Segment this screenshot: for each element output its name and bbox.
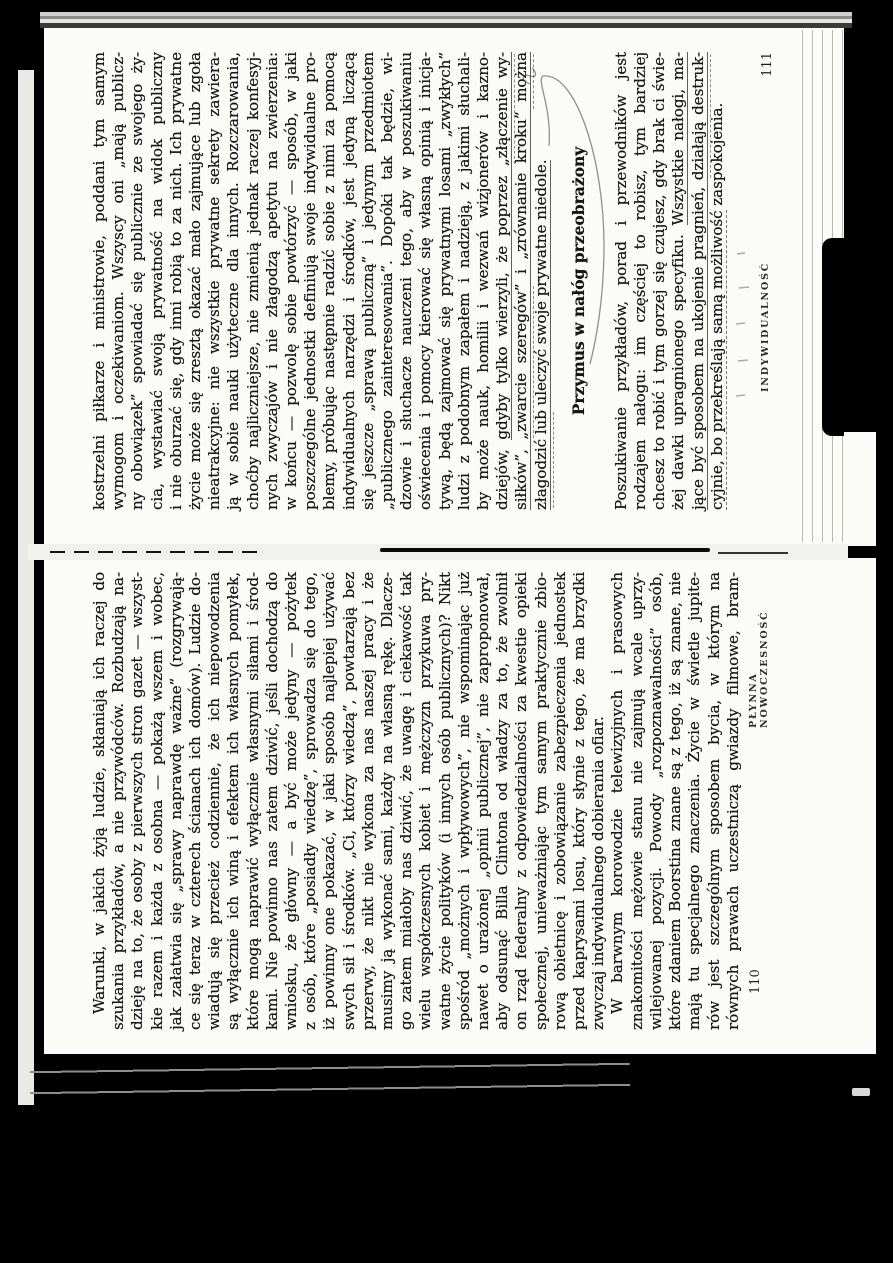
text-segment: kie razem i każda z osobna — pokażą wsze… — [148, 572, 166, 1030]
text-line: siłków”, „zwarcie szeregów” i „zrównanie… — [512, 52, 531, 510]
text-segment: iż powinny one pokazać, w jaki sposób na… — [320, 572, 338, 1030]
text-segment: on rząd federalny z odpowiedzialności za… — [512, 572, 530, 1030]
text-segment: w końcu — pozwolę sobie powtórzyć — spos… — [282, 52, 300, 510]
scan-bottom-page-edges — [30, 1054, 631, 1106]
pencil-underlined-text: siłków”, — [512, 440, 531, 510]
pencil-underlined-text: „złączenie wy- — [493, 52, 512, 166]
text-line: poszczególne jednostki definiują swoje i… — [301, 52, 320, 510]
pencil-underlined-text: działają destruk- — [689, 52, 708, 180]
page-111-footer: INDYWIDUALNOŚĆ 111 — [760, 52, 776, 510]
text-line: ludzi z podobnym zapałem i nadzieją, z j… — [455, 52, 474, 510]
page-111-paragraph-2: Poszukiwanie przykładów, porad i przewod… — [612, 52, 727, 510]
text-line: rodzajem nałogu: im częściej to robisz, … — [631, 52, 650, 510]
text-segment: wilejowanej pozycji. Powody „rozpoznawal… — [647, 572, 665, 1030]
text-segment: które zdaniem Boorstina znane są z tego,… — [666, 572, 684, 1030]
text-line: społecznej, unieważniając tym samym prak… — [532, 572, 551, 1030]
text-segment: Warunki, w jakich żyją ludzie, skłaniają… — [90, 572, 108, 1014]
text-segment: blemy, próbując następnie radzić sobie z… — [320, 52, 338, 510]
text-segment: i nie oburzać się, gdy inni robią to za … — [167, 52, 185, 510]
text-line: szukania przykładów, a nie przywódców. R… — [109, 572, 128, 1030]
text-line: i nie oburzać się, gdy inni robią to za … — [167, 52, 186, 510]
scan-page-corner — [844, 432, 876, 546]
text-line: równych prawach uczestniczą gwiazdy film… — [724, 572, 743, 1030]
text-segment: spośród „możnych i wpływowych”, nie wspo… — [455, 572, 473, 1030]
text-segment: rową obietnicę i zobowiązanie zabezpiecz… — [551, 572, 569, 1030]
text-line: mają tu specjalnego znaczenia. Życie w ś… — [685, 572, 704, 1030]
pencil-underlined-text: Wszystkie nałogi, ma- — [669, 52, 688, 226]
text-line: cyjnie, bo przekreślają samą możliwość z… — [708, 52, 727, 510]
text-segment: kami. Nie powinno nas zatem dziwić, jeśl… — [263, 572, 281, 1030]
text-segment: poszczególne jednostki definiują swoje i… — [301, 52, 319, 510]
text-line: musimy ją wykonać sami, każdy na własną … — [378, 572, 397, 1030]
text-segment: choćby najliczniejsze, nie zmienią jedna… — [244, 52, 262, 510]
text-line: ce się teraz w czterech ścianach ich dom… — [186, 572, 205, 1030]
text-line: z osób, które „posiadły wiedzę”, sprowad… — [301, 572, 320, 1030]
text-segment: żej dawki upragnionego specyfiku. — [669, 226, 687, 511]
page-number: 111 — [760, 52, 775, 77]
text-line: wilejowanej pozycji. Powody „rozpoznawal… — [647, 572, 666, 1030]
text-line: spośród „możnych i wpływowych”, nie wspo… — [455, 572, 474, 1030]
text-segment: kostrzelni piłkarze i ministrowie, podda… — [90, 52, 108, 510]
text-line: wniosku, że główny — a być może jedyny —… — [282, 572, 301, 1030]
text-line: w końcu — pozwolę sobie powtórzyć — spos… — [282, 52, 301, 510]
text-segment: oświecenia i pomocy kierować się własną … — [416, 52, 434, 510]
text-line: przed kaprysami losu, który słynie z teg… — [570, 572, 589, 1030]
text-segment: wielu współczesnych kobiet i mężczyzn pr… — [416, 572, 434, 1030]
text-segment: go zatem miałoby nas dziwić, że uwagę i … — [397, 572, 415, 1030]
text-line: choćby najliczniejsze, nie zmienią jedna… — [244, 52, 263, 510]
text-line: wymogom i oczekiwaniom. Wszyscy oni „maj… — [109, 52, 128, 510]
text-line: ją w sobie nauki użyteczne dla innych. R… — [224, 52, 243, 510]
text-segment: watne życie polityków (i innych osób pub… — [436, 572, 454, 1030]
text-segment: życie może się zresztą okazać mało zajmu… — [186, 52, 204, 510]
scan-spine-gap — [28, 544, 848, 560]
page-111-content: kostrzelni piłkarze i ministrowie, podda… — [44, 28, 844, 546]
text-segment: są wyłącznie ich winą i efektem ich włas… — [224, 572, 242, 1030]
text-segment: społecznej, unieważniając tym samym prak… — [532, 572, 550, 1030]
text-line: aby odsunąć Billa Clintona od władzy za … — [493, 572, 512, 1030]
pencil-underlined-text: i „zrównanie kroku” — [512, 112, 531, 284]
text-segment: indywidualnych narzędzi i środków, jest … — [340, 52, 358, 510]
text-line: oświecenia i pomocy kierować się własną … — [416, 52, 435, 510]
text-segment: mają tu specjalnego znaczenia. Życie w ś… — [685, 572, 703, 1030]
text-line: życie może się zresztą okazać mało zajmu… — [186, 52, 205, 510]
text-line: się jeszcze „sprawą publiczną” i jedynym… — [359, 52, 378, 510]
text-line: wiadują się przecież codziennie, że ich … — [205, 572, 224, 1030]
text-segment: dzieję na to, że osoby z pierwszych stro… — [128, 572, 146, 1030]
text-line: go zatem miałoby nas dziwić, że uwagę i … — [397, 572, 416, 1030]
text-segment: chcesz to robić i tym gorzej się czujesz… — [650, 52, 668, 510]
text-line: kostrzelni piłkarze i ministrowie, podda… — [90, 52, 109, 510]
text-line: rów jest szczególnym sposobem bycia, w k… — [705, 572, 724, 1030]
text-line: Poszukiwanie przykładów, porad i przewod… — [612, 52, 631, 510]
page-110-paragraph-1: Warunki, w jakich żyją ludzie, skłaniają… — [90, 572, 608, 1030]
pencil-underlined-text: cyjnie, bo przekreślają samą możliwość — [708, 210, 727, 510]
pencil-underlined-text: uleczyć swoje prywatne niedole. — [532, 160, 551, 411]
spine-shadow-dashed — [50, 551, 265, 553]
text-segment: które mogą naprawić wyłącznie własnymi s… — [244, 572, 262, 1030]
text-line: by może nauk, homilii i wezwań wizjoneró… — [474, 52, 493, 510]
page-111-paragraph-1: kostrzelni piłkarze i ministrowie, podda… — [90, 52, 551, 510]
text-segment: nieatrakcyjne: nie wszystkie prywatne se… — [205, 52, 223, 510]
text-segment: ce się teraz w czterech ścianach ich dom… — [186, 572, 204, 1030]
text-segment: aby odsunąć Billa Clintona od władzy za … — [493, 572, 511, 1030]
text-line: W barwnym korowodzie telewizyjnych i pra… — [608, 572, 627, 1030]
pencil-underlined-text: złagodzić lub — [532, 410, 551, 510]
text-segment: się jeszcze „sprawą publiczną” i jedynym… — [359, 52, 377, 510]
text-line: swych sił i środków. „Ci, którzy wiedzą”… — [340, 572, 359, 1030]
page-110-footer: 110 PŁYNNA NOWOCZESNOŚĆ — [748, 572, 764, 1030]
text-line: indywidualnych narzędzi i środków, jest … — [340, 52, 359, 510]
pencil-tick-marks — [736, 253, 749, 396]
text-segment: cia, wystawiać swoją prywatność na widok… — [148, 52, 166, 510]
text-segment: musimy ją wykonać sami, każdy na własną … — [378, 572, 396, 1030]
text-segment: rów jest szczególnym sposobem bycia, w k… — [705, 572, 723, 1030]
text-line: które mogą naprawić wyłącznie własnymi s… — [244, 572, 263, 1030]
spine-shadow-short — [718, 552, 788, 554]
scanned-book-spread: { "book": { "title_running_left": "PŁYNN… — [0, 0, 893, 1263]
text-line: „publicznego zainteresowania”. Dopóki ta… — [378, 52, 397, 510]
text-segment: znakomitości mężowie stanu nie zajmują w… — [628, 572, 646, 1030]
text-line: złagodzić lub uleczyć swoje prywatne nie… — [532, 52, 551, 510]
scan-top-page-edge-shadow — [40, 12, 852, 28]
text-segment: z osób, które „posiadły wiedzę”, sprowad… — [301, 572, 319, 1030]
text-segment: rodzajem nałogu: im częściej to robisz, … — [631, 52, 649, 510]
text-line: które zdaniem Boorstina znane są z tego,… — [666, 572, 685, 1030]
section-heading: Przymus w nałóg przeobrażony — [569, 52, 588, 510]
text-segment: dziejów, — [493, 440, 511, 510]
text-segment: wiadują się przecież codziennie, że ich … — [205, 572, 223, 1030]
scan-bottom-speck — [852, 1088, 870, 1096]
text-segment: by może nauk, homilii i wezwań wizjoneró… — [474, 52, 492, 510]
text-segment: ny obowiązek” spowiadać się publicznie z… — [128, 52, 146, 510]
text-line: nawet o urażonej „opinii publicznej”, ni… — [474, 572, 493, 1030]
text-segment: ją w sobie nauki użyteczne dla innych. R… — [224, 52, 242, 510]
text-line: zwyczaj indywidualnego dobierania ofiar. — [589, 572, 608, 1030]
text-line: nych zwyczajów i nie złagodzą apetytu na… — [263, 52, 282, 510]
text-segment: nawet o urażonej „opinii publicznej”, ni… — [474, 572, 492, 1030]
text-line: dzieję na to, że osoby z pierwszych stro… — [128, 572, 147, 1030]
page-110-content: Warunki, w jakich żyją ludzie, skłaniają… — [44, 558, 876, 1054]
text-line: przerwy, że nikt nie wykona za nas nasze… — [359, 572, 378, 1030]
text-segment: „publicznego zainteresowania”. Dopóki ta… — [378, 52, 396, 510]
text-segment: dzowie i słuchacze nauczeni tego, aby w … — [397, 52, 415, 510]
text-segment: przerwy, że nikt nie wykona za nas nasze… — [359, 572, 377, 1030]
scan-background-blob — [822, 238, 893, 436]
text-segment: swych sił i środków. „Ci, którzy wiedzą”… — [340, 572, 358, 1030]
text-segment: szukania przykładów, a nie przywódców. R… — [109, 572, 127, 1030]
pencil-underlined-text: jące być sposobem na ukojenie pragnień, — [689, 180, 708, 510]
text-line: wielu współczesnych kobiet i mężczyzn pr… — [416, 572, 435, 1030]
text-segment: ludzi z podobnym zapałem i nadzieją, z j… — [455, 52, 473, 510]
text-line: dziejów, gdyby tylko wierzyli, że poprze… — [493, 52, 512, 510]
text-segment: zwyczaj indywidualnego dobierania ofiar. — [589, 716, 607, 1030]
text-segment: wniosku, że główny — a być może jedyny —… — [282, 572, 300, 1030]
text-line: kie razem i każda z osobna — pokażą wsze… — [148, 572, 167, 1030]
text-line: rową obietnicę i zobowiązanie zabezpiecz… — [551, 572, 570, 1030]
text-segment: tywą, będą zajmować się prywatnymi losam… — [436, 52, 454, 510]
book-page-110: Warunki, w jakich żyją ludzie, skłaniają… — [44, 558, 876, 1054]
text-line: nieatrakcyjne: nie wszystkie prywatne se… — [205, 52, 224, 510]
text-line: tywą, będą zajmować się prywatnymi losam… — [436, 52, 455, 510]
text-segment: równych prawach uczestniczą gwiazdy film… — [724, 572, 742, 1030]
spine-shadow-solid — [380, 548, 710, 552]
pencil-underlined-text: gdyby tylko wierzyli, że poprzez — [493, 166, 512, 439]
scan-left-page-edge-strip — [18, 70, 34, 1105]
text-line: kami. Nie powinno nas zatem dziwić, jeśl… — [263, 572, 282, 1030]
pencil-underlined-text: „zwarcie szeregów” — [512, 284, 531, 440]
text-segment: przed kaprysami losu, który słynie z teg… — [570, 572, 588, 1030]
text-line: iż powinny one pokazać, w jaki sposób na… — [320, 572, 339, 1030]
text-line: on rząd federalny z odpowiedzialności za… — [512, 572, 531, 1030]
text-line: jak załatwia się „sprawy naprawdę ważne”… — [167, 572, 186, 1030]
page-110-paragraph-2: W barwnym korowodzie telewizyjnych i pra… — [608, 572, 742, 1030]
text-segment: nych zwyczajów i nie złagodzą apetytu na… — [263, 52, 281, 510]
text-segment: Poszukiwanie przykładów, porad i przewod… — [612, 52, 630, 510]
text-line: cia, wystawiać swoją prywatność na widok… — [148, 52, 167, 510]
text-line: żej dawki upragnionego specyfiku. Wszyst… — [669, 52, 688, 510]
text-line: dzowie i słuchacze nauczeni tego, aby w … — [397, 52, 416, 510]
text-line: znakomitości mężowie stanu nie zajmują w… — [628, 572, 647, 1030]
text-line: są wyłącznie ich winą i efektem ich włas… — [224, 572, 243, 1030]
pencil-underlined-text: można — [512, 52, 531, 112]
text-line: jące być sposobem na ukojenie pragnień, … — [689, 52, 708, 510]
text-line: chcesz to robić i tym gorzej się czujesz… — [650, 52, 669, 510]
text-segment: wymogom i oczekiwaniom. Wszyscy oni „maj… — [109, 52, 127, 510]
running-title: PŁYNNA NOWOCZESNOŚĆ — [748, 572, 770, 728]
text-segment: jak załatwia się „sprawy naprawdę ważne”… — [167, 572, 185, 1030]
text-line: watne życie polityków (i innych osób pub… — [436, 572, 455, 1030]
text-line: blemy, próbując następnie radzić sobie z… — [320, 52, 339, 510]
book-page-111: kostrzelni piłkarze i ministrowie, podda… — [44, 28, 844, 546]
running-title: INDYWIDUALNOŚĆ — [760, 262, 771, 392]
text-line: ny obowiązek” spowiadać się publicznie z… — [128, 52, 147, 510]
text-segment: W barwnym korowodzie telewizyjnych i pra… — [608, 572, 626, 1014]
text-line: Warunki, w jakich żyją ludzie, skłaniają… — [90, 572, 109, 1030]
page-number: 110 — [748, 969, 763, 994]
